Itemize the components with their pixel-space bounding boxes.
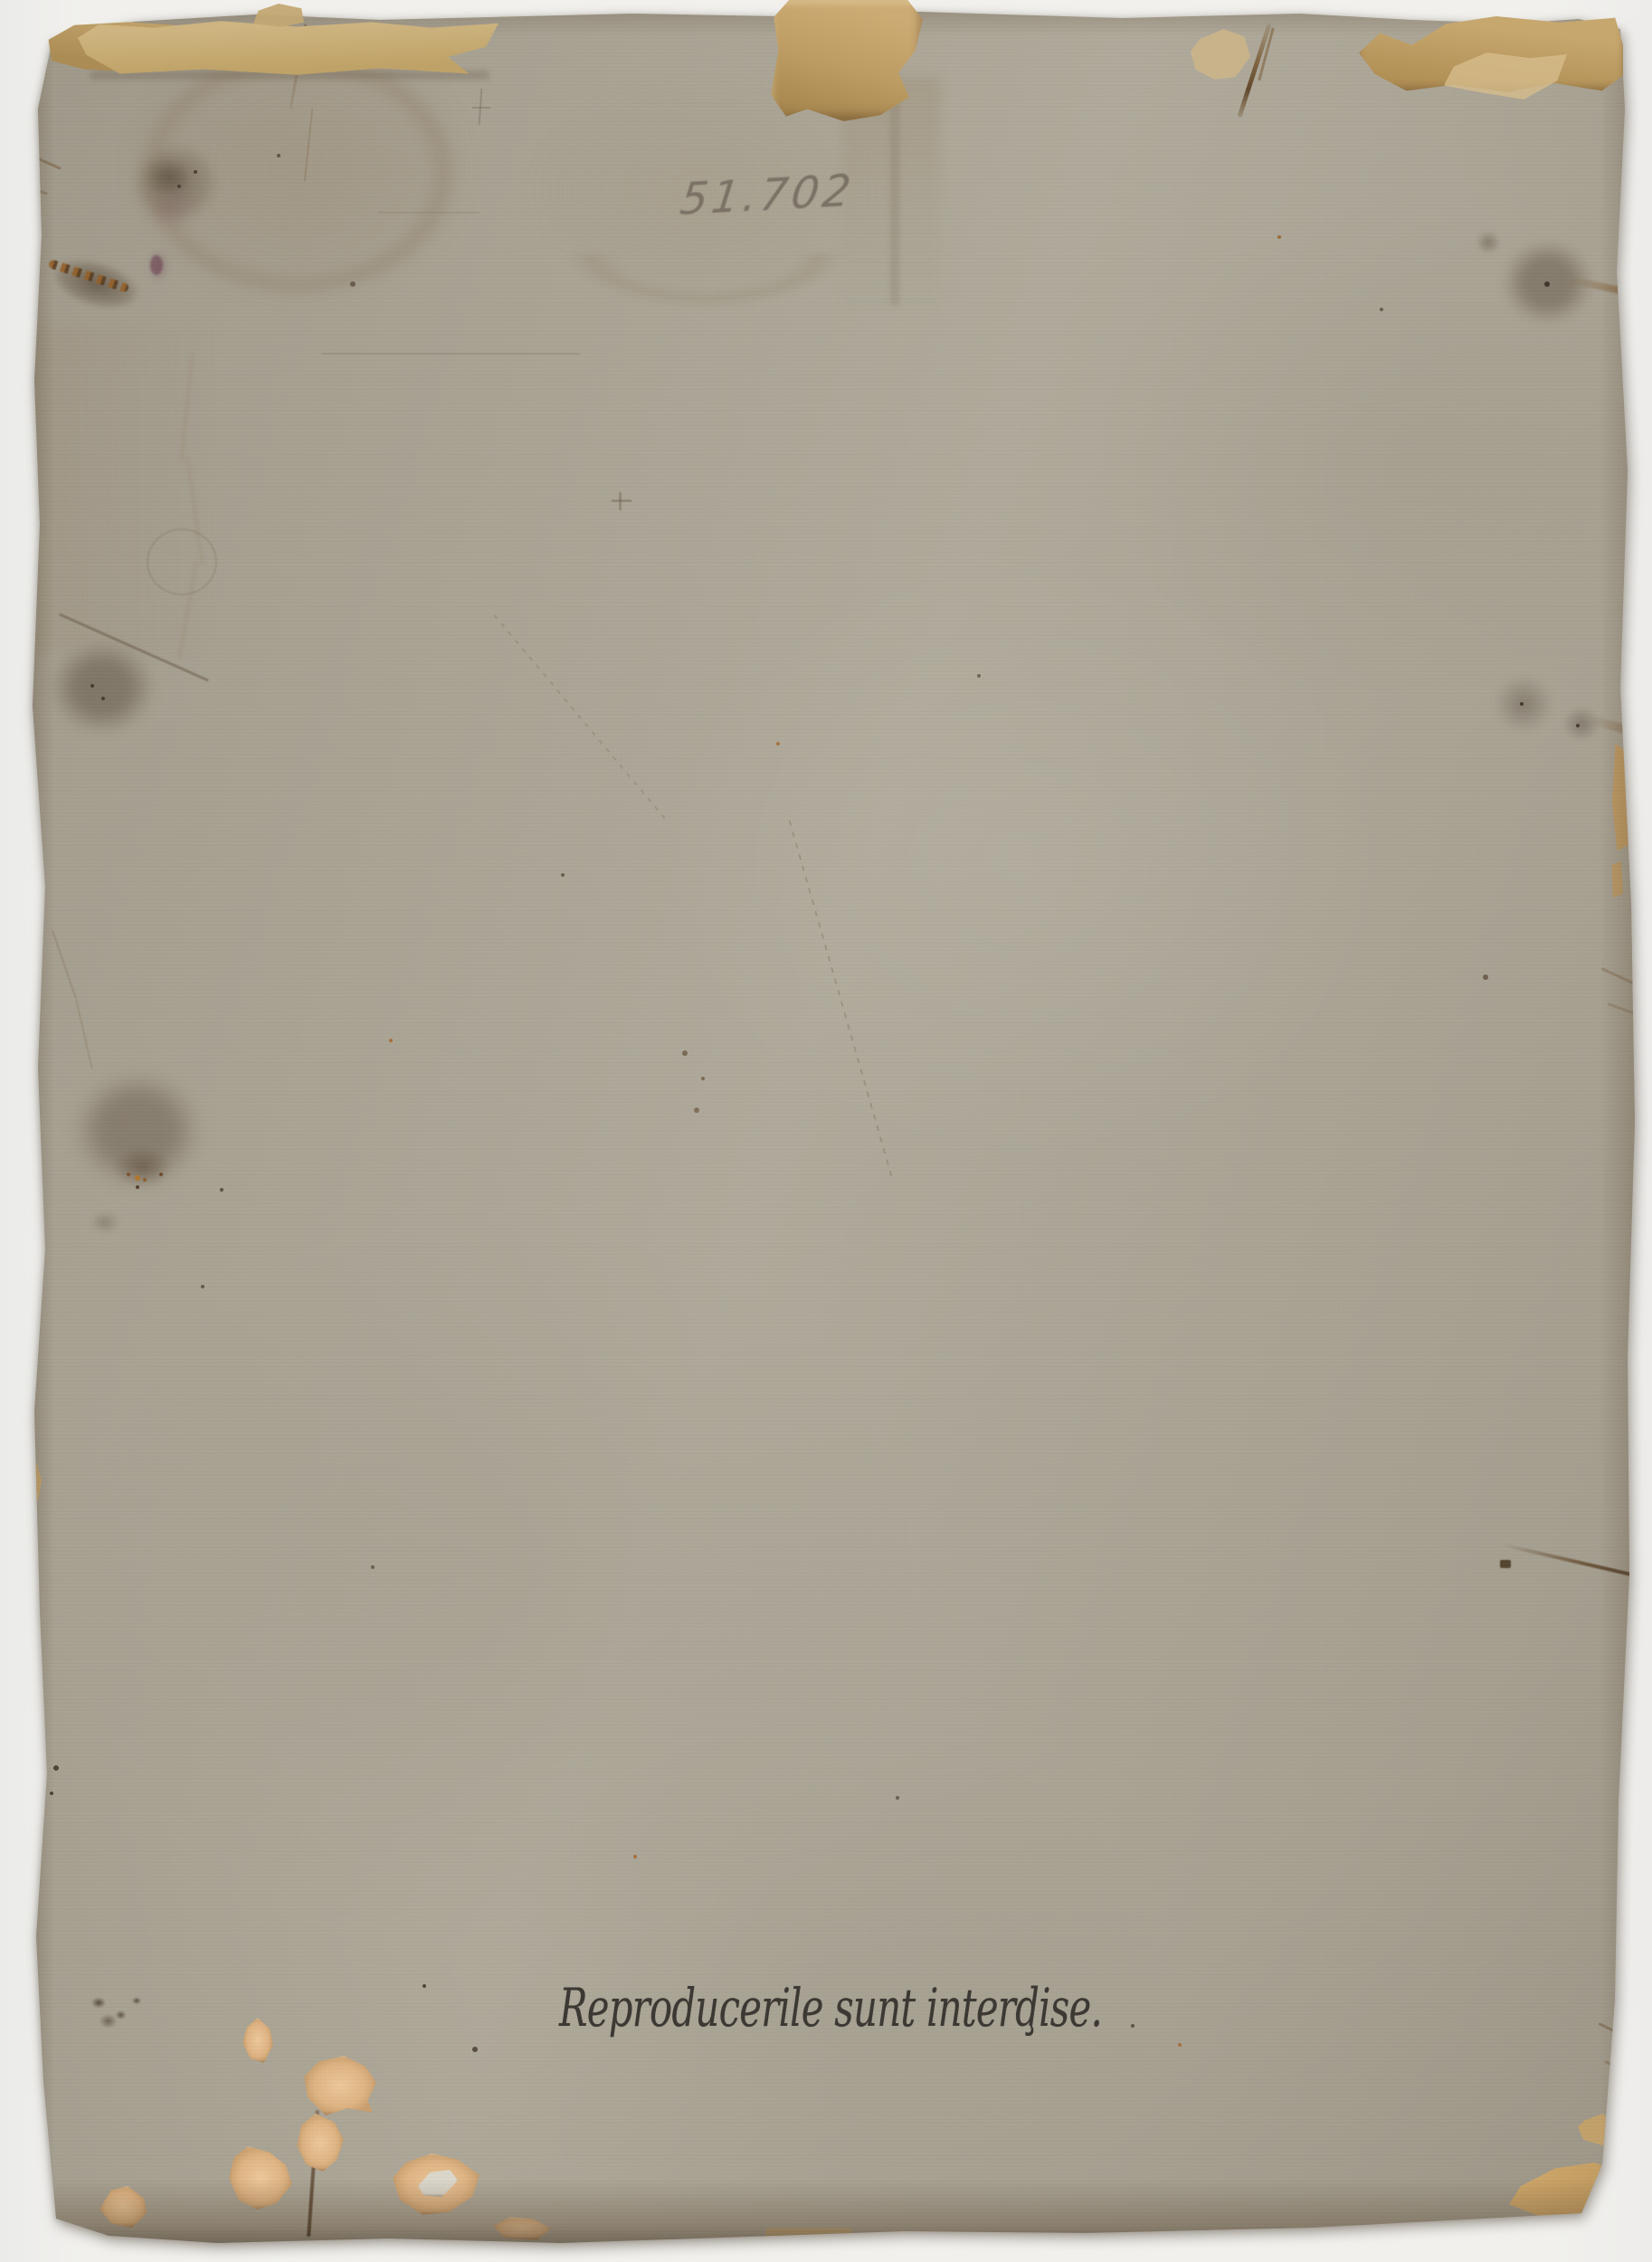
pencil-inscription: 51.702 [678,169,857,222]
paper-grain-texture [0,0,1652,2262]
photo-card-back: 51.702 Reproducerile sunt interḑise. [0,0,1652,2262]
reproduction-notice: Reproducerile sunt interḑise. [559,1982,976,2034]
card-surface: 51.702 Reproducerile sunt interḑise. [0,0,1652,2262]
tape-remnant-top-left-wide [78,20,498,76]
scanner-bed: 51.702 Reproducerile sunt interḑise. [0,0,1652,2262]
hatch-mark [1604,2060,1646,2079]
